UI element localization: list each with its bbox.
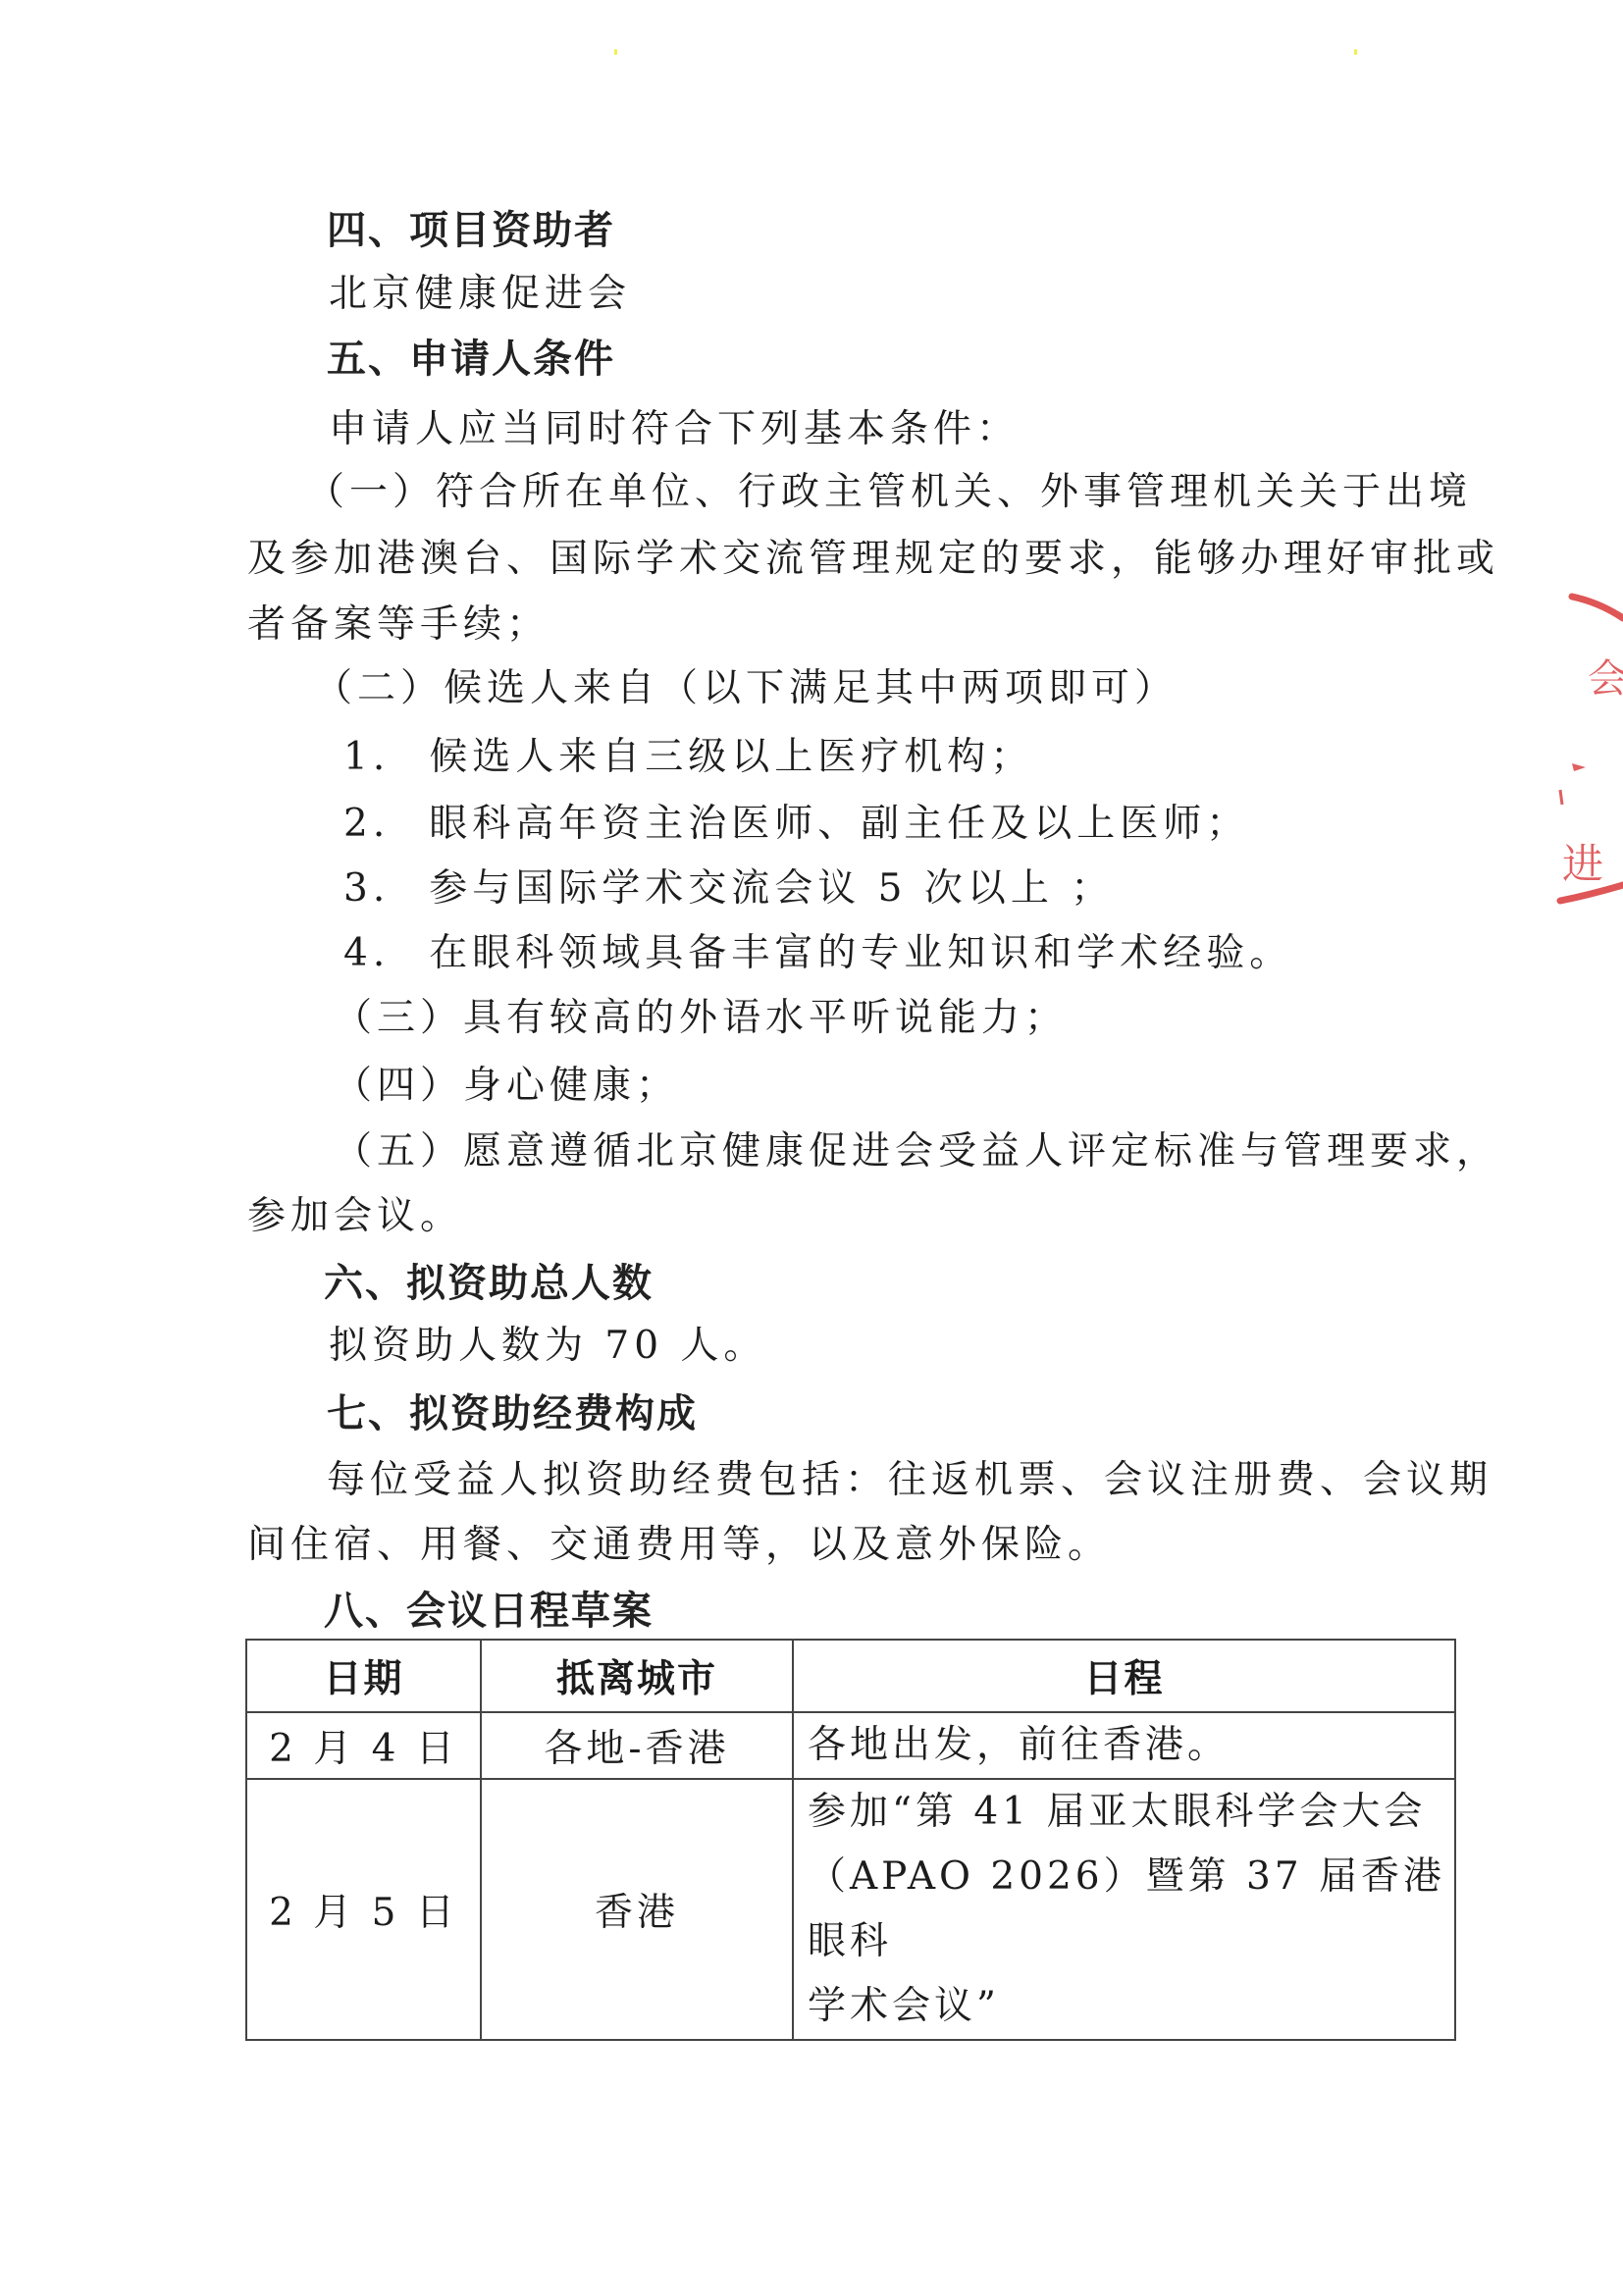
header-date: 日期 bbox=[246, 1640, 481, 1712]
seal-stamp-icon: 会 进 bbox=[1550, 589, 1623, 913]
schedule-table: 日期 抵离城市 日程 2 月 4 日 各地-香港 各地出发，前往香港。 2 月 … bbox=[245, 1639, 1456, 2041]
sub-item-text: 候选人来自三级以上医疗机构； bbox=[429, 735, 1033, 779]
table-row: 2 月 4 日 各地-香港 各地出发，前往香港。 bbox=[246, 1712, 1455, 1779]
condition-2: （二）候选人来自（以下满足其中两项即可） bbox=[314, 667, 1178, 710]
svg-text:会: 会 bbox=[1588, 656, 1623, 702]
funded-count-text: 拟资助人数为 70 人。 bbox=[329, 1325, 766, 1368]
condition-5-line2: 参加会议。 bbox=[247, 1195, 463, 1238]
header-schedule: 日程 bbox=[793, 1640, 1455, 1712]
header-city: 抵离城市 bbox=[481, 1640, 793, 1712]
sub-item-number: 4. bbox=[343, 931, 390, 975]
condition-1-line1: （一）符合所在单位、行政主管机关、外事管理机关关于出境 bbox=[306, 471, 1472, 514]
sub-item-4: 4.在眼科领域具备丰富的专业知识和学术经验。 bbox=[343, 932, 1292, 975]
cell-date: 2 月 4 日 bbox=[246, 1712, 481, 1779]
svg-text:进: 进 bbox=[1562, 840, 1603, 888]
sub-item-text: 眼科高年资主治医师、副主任及以上医师； bbox=[429, 802, 1249, 846]
schedule-line: 学术会议” bbox=[808, 1974, 1454, 2039]
cell-city: 香港 bbox=[481, 1779, 793, 2040]
section-heading-4: 四、项目资助者 bbox=[327, 209, 615, 252]
schedule-line: （APAO 2026）暨第 37 届香港眼科 bbox=[808, 1845, 1454, 1974]
scan-artifact bbox=[1354, 49, 1357, 55]
funding-line1: 每位受益人拟资助经费包括：往返机票、会议注册费、会议期 bbox=[327, 1459, 1492, 1502]
section-heading-5: 五、申请人条件 bbox=[327, 338, 615, 381]
conditions-intro: 申请人应当同时符合下列基本条件： bbox=[329, 408, 1020, 451]
schedule-line: 参加“第 41 届亚太眼科学会大会 bbox=[808, 1780, 1454, 1845]
sub-item-number: 1. bbox=[343, 735, 390, 779]
table-row: 2 月 5 日 香港 参加“第 41 届亚太眼科学会大会 （APAO 2026）… bbox=[246, 1779, 1455, 2040]
condition-3: （三）具有较高的外语水平听说能力； bbox=[334, 997, 1068, 1040]
scan-artifact bbox=[614, 49, 617, 55]
section-heading-7: 七、拟资助经费构成 bbox=[327, 1392, 698, 1435]
condition-1-line2: 及参加港澳台、国际学术交流管理规定的要求，能够办理好审批或 bbox=[247, 538, 1499, 581]
cell-schedule: 各地出发，前往香港。 bbox=[793, 1712, 1455, 1779]
cell-city: 各地-香港 bbox=[481, 1712, 793, 1779]
sub-item-2: 2.眼科高年资主治医师、副主任及以上医师； bbox=[343, 803, 1249, 846]
cell-date: 2 月 5 日 bbox=[246, 1779, 481, 2040]
condition-1-line3: 者备案等手续； bbox=[247, 603, 550, 647]
sub-item-text: 参与国际学术交流会议 5 次以上 ； bbox=[429, 866, 1114, 911]
sub-item-number: 2. bbox=[343, 802, 390, 846]
sub-item-number: 3. bbox=[343, 866, 390, 911]
sub-item-1: 1.候选人来自三级以上医疗机构； bbox=[343, 736, 1033, 779]
funding-line2: 间住宿、用餐、交通费用等，以及意外保险。 bbox=[247, 1524, 1111, 1567]
section-heading-6: 六、拟资助总人数 bbox=[324, 1262, 654, 1305]
section-heading-8: 八、会议日程草案 bbox=[324, 1590, 654, 1633]
cell-schedule: 参加“第 41 届亚太眼科学会大会 （APAO 2026）暨第 37 届香港眼科… bbox=[793, 1779, 1455, 2040]
sub-item-text: 在眼科领域具备丰富的专业知识和学术经验。 bbox=[429, 931, 1292, 975]
condition-4: （四）身心健康； bbox=[334, 1065, 679, 1108]
condition-5-line1: （五）愿意遵循北京健康促进会受益人评定标准与管理要求， bbox=[334, 1130, 1499, 1174]
table-header-row: 日期 抵离城市 日程 bbox=[246, 1640, 1455, 1712]
sub-item-3: 3.参与国际学术交流会议 5 次以上 ； bbox=[343, 867, 1114, 911]
sponsor-text: 北京健康促进会 bbox=[329, 273, 631, 316]
